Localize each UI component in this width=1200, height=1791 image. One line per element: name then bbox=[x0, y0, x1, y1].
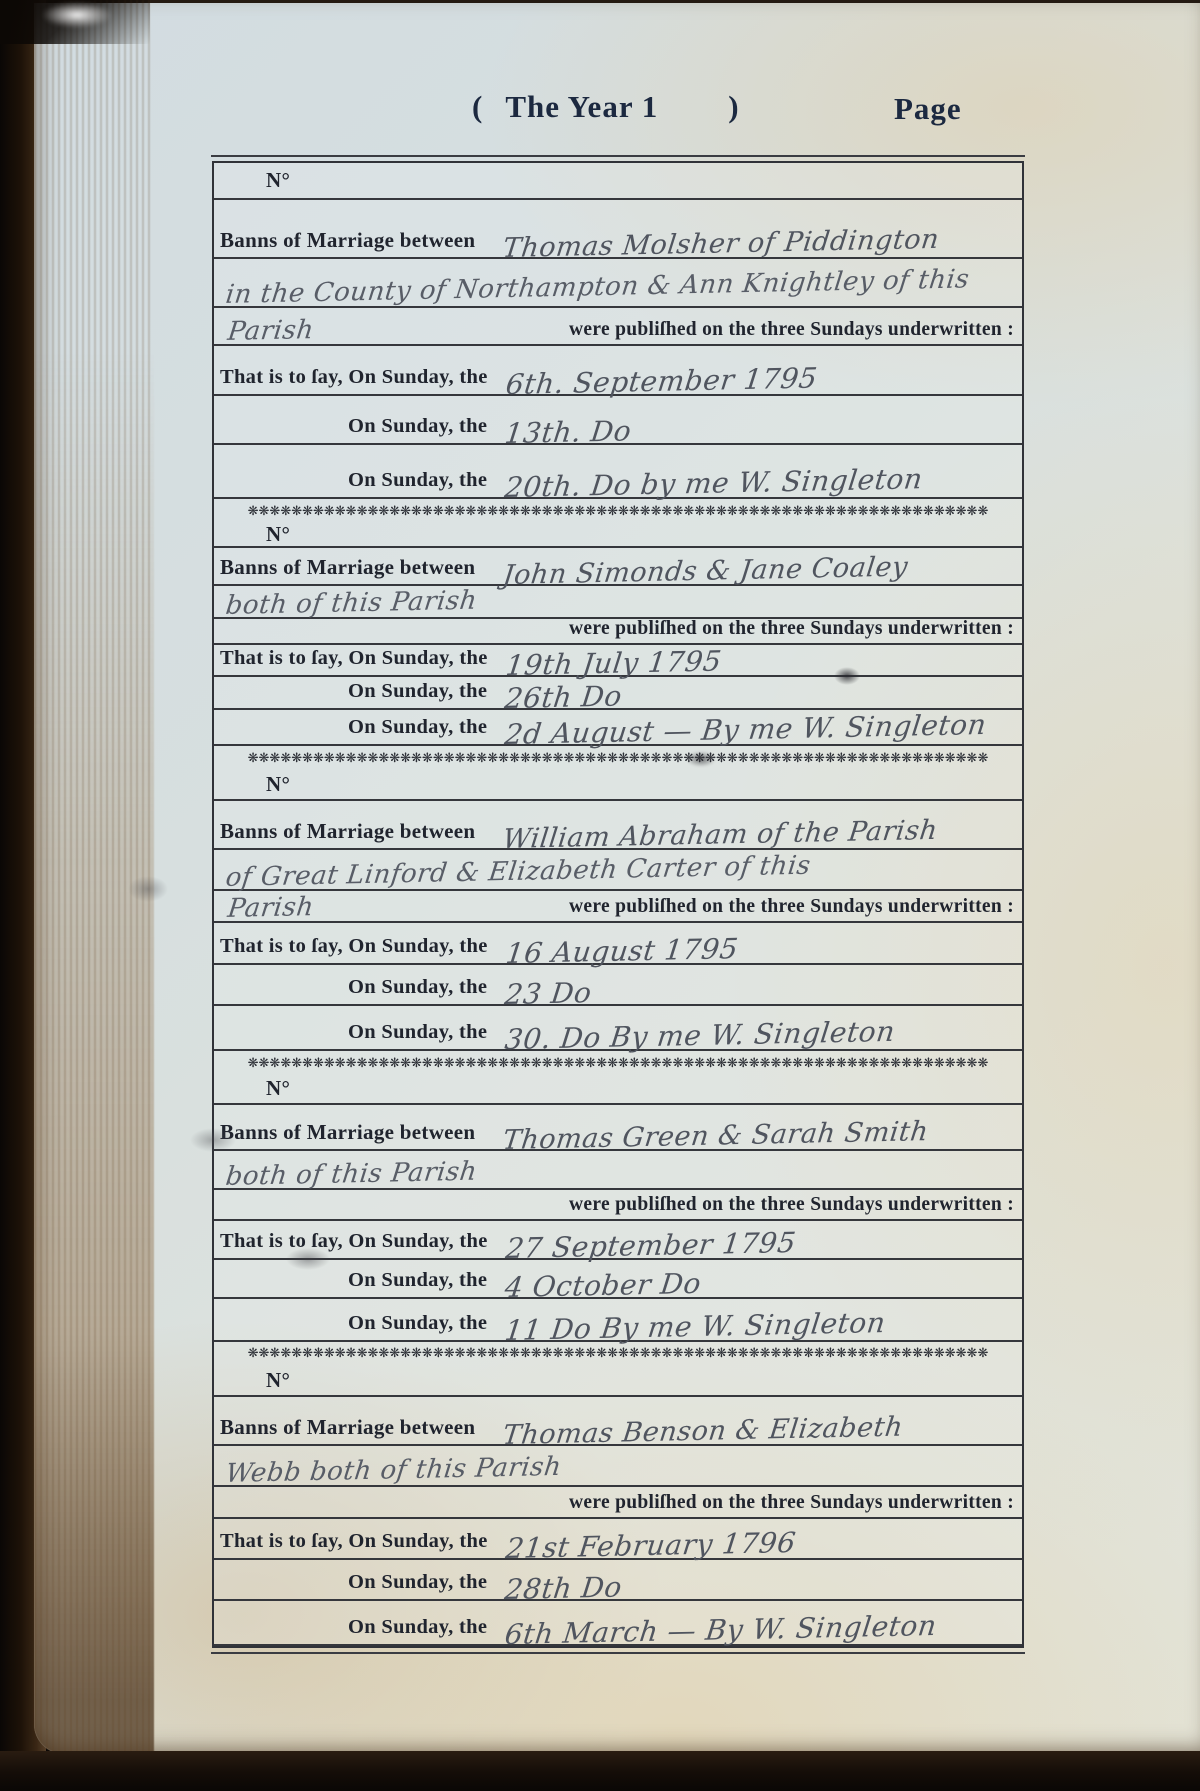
banns-label: Banns of Marriage between bbox=[220, 1120, 475, 1149]
banns-row: Banns of Marriage between Thomas Benson … bbox=[214, 1397, 1022, 1446]
published-row: were publiſhed on the three Sundays unde… bbox=[214, 1190, 1022, 1220]
ink-smudge bbox=[834, 667, 860, 685]
handwritten-names-continued: of Great Linford & Elizabeth Carter of t… bbox=[220, 851, 812, 893]
on-sunday-label: On Sunday, the bbox=[348, 680, 487, 708]
banns-label: Banns of Marriage between bbox=[220, 819, 475, 848]
handwritten-date: 6th March — By W. Singleton bbox=[503, 1609, 939, 1651]
third-sunday-row: On Sunday, the 2d August — By me W. Sing… bbox=[214, 710, 1022, 746]
handwritten-parish: Parish bbox=[220, 892, 316, 924]
entry-number-row: N° bbox=[214, 163, 1022, 200]
handwritten-names-continued: in the County of Northampton & Ann Knigh… bbox=[220, 264, 971, 310]
ink-smudge bbox=[190, 1128, 236, 1152]
entry-number-row: N° bbox=[214, 523, 1022, 548]
published-row: were publiſhed on the three Sundays unde… bbox=[214, 619, 1022, 644]
on-sunday-label: On Sunday, the bbox=[348, 716, 487, 744]
register-page: ( The Year 1 ) Page N° Banns of Marriage… bbox=[34, 3, 1200, 1754]
handwritten-date: 11 Do By me W. Singleton bbox=[503, 1306, 887, 1347]
banns-entry: N° Banns of Marriage between Thomas Bens… bbox=[214, 1366, 1022, 1646]
first-sunday-label: That is to ſay, On Sunday, the bbox=[220, 935, 488, 963]
names-continued-row: in the County of Northampton & Ann Knigh… bbox=[214, 259, 1022, 308]
second-sunday-row: On Sunday, the 23 Do bbox=[214, 965, 1022, 1006]
title-paren-close: ) bbox=[728, 89, 739, 125]
entry-number-row: N° bbox=[214, 1075, 1022, 1105]
number-label: N° bbox=[266, 522, 290, 547]
ink-smudge bbox=[286, 1248, 330, 1270]
on-sunday-label: On Sunday, the bbox=[348, 1312, 487, 1340]
first-sunday-row: That is to ſay, On Sunday, the 16 August… bbox=[214, 923, 1022, 964]
page-corner-highlight bbox=[42, 2, 112, 28]
handwritten-date: 2d August — By me W. Singleton bbox=[503, 708, 988, 751]
page-edges bbox=[34, 0, 154, 1754]
page-label: Page bbox=[894, 91, 962, 127]
names-continued-row: both of this Parish bbox=[214, 1151, 1022, 1190]
title-paren-open: ( bbox=[472, 89, 483, 125]
banns-label: Banns of Marriage between bbox=[220, 1415, 475, 1444]
number-label: N° bbox=[266, 168, 290, 193]
banns-entry: N° Banns of Marriage between William Abr… bbox=[214, 770, 1022, 1075]
entry-number-row: N° bbox=[214, 1366, 1022, 1397]
names-continued-row: of Great Linford & Elizabeth Carter of t… bbox=[214, 850, 1022, 891]
on-sunday-label: On Sunday, the bbox=[348, 1571, 487, 1599]
published-row: Parish were publiſhed on the three Sunda… bbox=[214, 308, 1022, 346]
on-sunday-label: On Sunday, the bbox=[348, 415, 487, 443]
third-sunday-row: On Sunday, the 11 Do By me W. Singleton bbox=[214, 1299, 1022, 1342]
published-label: were publiſhed on the three Sundays unde… bbox=[569, 896, 1016, 921]
handwritten-parish: Parish bbox=[220, 315, 316, 347]
second-sunday-row: On Sunday, the 28th Do bbox=[214, 1560, 1022, 1601]
published-row: were publiſhed on the three Sundays unde… bbox=[214, 1487, 1022, 1519]
second-sunday-row: On Sunday, the 4 October Do bbox=[214, 1260, 1022, 1299]
number-label: N° bbox=[266, 1076, 290, 1101]
banns-label: Banns of Marriage between bbox=[220, 555, 475, 584]
published-label: were publiſhed on the three Sundays unde… bbox=[569, 1194, 1016, 1219]
first-sunday-row: That is to ſay, On Sunday, the 6th. Sept… bbox=[214, 346, 1022, 395]
third-sunday-row: On Sunday, the 30. Do By me W. Singleton bbox=[214, 1006, 1022, 1051]
banns-entry: N° Banns of Marriage between Thomas Gree… bbox=[214, 1075, 1022, 1366]
on-sunday-label: On Sunday, the bbox=[348, 976, 487, 1004]
second-sunday-row: On Sunday, the 26th Do bbox=[214, 677, 1022, 710]
banns-entry: N° Banns of Marriage between Thomas Mols… bbox=[214, 163, 1022, 523]
ornament-divider: ❋❋❋❋❋❋❋❋❋❋❋❋❋❋❋❋❋❋❋❋❋❋❋❋❋❋❋❋❋❋❋❋❋❋❋❋❋❋❋❋… bbox=[214, 746, 1022, 770]
first-sunday-label: That is to ſay, On Sunday, the bbox=[220, 1530, 488, 1558]
third-sunday-row: On Sunday, the 6th March — By W. Singlet… bbox=[214, 1601, 1022, 1646]
handwritten-names-continued: both of this Parish bbox=[220, 586, 479, 621]
banns-register-table: N° Banns of Marriage between Thomas Mols… bbox=[212, 161, 1024, 1648]
first-sunday-row: That is to ſay, On Sunday, the 19th July… bbox=[214, 645, 1022, 678]
first-sunday-row: That is to ſay, On Sunday, the 27 Septem… bbox=[214, 1221, 1022, 1260]
published-label: were publiſhed on the three Sundays unde… bbox=[569, 618, 1016, 643]
number-label: N° bbox=[266, 1368, 290, 1393]
first-sunday-row: That is to ſay, On Sunday, the 21st Febr… bbox=[214, 1519, 1022, 1560]
ornament-divider: ❋❋❋❋❋❋❋❋❋❋❋❋❋❋❋❋❋❋❋❋❋❋❋❋❋❋❋❋❋❋❋❋❋❋❋❋❋❋❋❋… bbox=[214, 1342, 1022, 1366]
banns-row: Banns of Marriage between John Simonds &… bbox=[214, 548, 1022, 587]
page-title: ( The Year 1 ) bbox=[472, 89, 740, 125]
second-sunday-row: On Sunday, the 13th. Do bbox=[214, 396, 1022, 445]
banns-row: Banns of Marriage between Thomas Molsher… bbox=[214, 200, 1022, 258]
year-title-text: The Year 1 bbox=[505, 89, 658, 125]
handwritten-names: William Abraham of the Parish bbox=[501, 815, 939, 855]
handwritten-names-continued: both of this Parish bbox=[220, 1157, 479, 1192]
ink-smudge bbox=[686, 751, 716, 767]
third-sunday-row: On Sunday, the 20th. Do by me W. Singlet… bbox=[214, 445, 1022, 499]
published-label: were publiſhed on the three Sundays unde… bbox=[569, 1492, 1016, 1517]
banns-row: Banns of Marriage between William Abraha… bbox=[214, 801, 1022, 850]
published-label: were publiſhed on the three Sundays unde… bbox=[569, 319, 1016, 344]
handwritten-date: 30. Do By me W. Singleton bbox=[503, 1015, 897, 1056]
names-continued-row: Webb both of this Parish bbox=[214, 1446, 1022, 1487]
handwritten-date: 20th. Do by me W. Singleton bbox=[503, 462, 925, 504]
handwritten-names: Thomas Molsher of Piddington bbox=[501, 223, 941, 263]
on-sunday-label: On Sunday, the bbox=[348, 1269, 487, 1297]
number-label: N° bbox=[266, 772, 290, 797]
entry-number-row: N° bbox=[214, 770, 1022, 801]
ink-smudge bbox=[128, 876, 168, 902]
handwritten-names-continued: Webb both of this Parish bbox=[220, 1452, 563, 1489]
banns-label: Banns of Marriage between bbox=[220, 228, 475, 257]
ornament-divider: ❋❋❋❋❋❋❋❋❋❋❋❋❋❋❋❋❋❋❋❋❋❋❋❋❋❋❋❋❋❋❋❋❋❋❋❋❋❋❋❋… bbox=[214, 499, 1022, 523]
banns-entry: N° Banns of Marriage between John Simond… bbox=[214, 523, 1022, 770]
first-sunday-label: That is to ſay, On Sunday, the bbox=[220, 366, 488, 394]
published-row: Parish were publiſhed on the three Sunda… bbox=[214, 891, 1022, 923]
on-sunday-label: On Sunday, the bbox=[348, 1616, 487, 1644]
first-sunday-label: That is to ſay, On Sunday, the bbox=[220, 647, 488, 675]
on-sunday-label: On Sunday, the bbox=[348, 469, 487, 497]
on-sunday-label: On Sunday, the bbox=[348, 1021, 487, 1049]
names-continued-row: both of this Parish bbox=[214, 586, 1022, 619]
banns-row: Banns of Marriage between Thomas Green &… bbox=[214, 1105, 1022, 1151]
first-sunday-label: That is to ſay, On Sunday, the bbox=[220, 1230, 488, 1258]
ornament-divider: ❋❋❋❋❋❋❋❋❋❋❋❋❋❋❋❋❋❋❋❋❋❋❋❋❋❋❋❋❋❋❋❋❋❋❋❋❋❋❋❋… bbox=[214, 1051, 1022, 1075]
book-cover-bottom bbox=[0, 1751, 1200, 1791]
